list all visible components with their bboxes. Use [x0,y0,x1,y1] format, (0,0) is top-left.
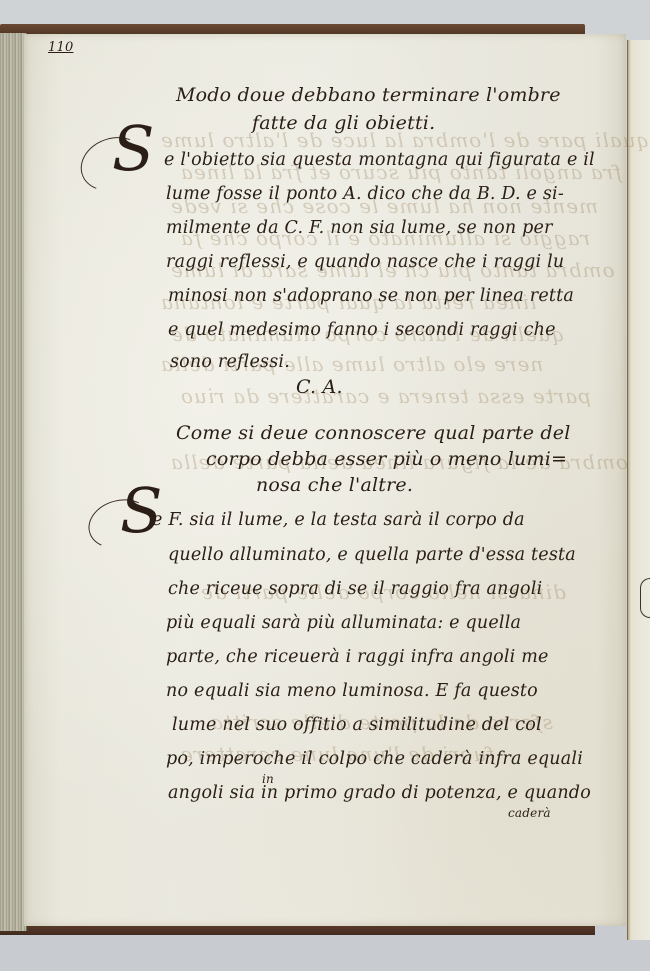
folio-number: 110 [48,40,73,55]
section-2-title-line-2: corpo debba esser più o meno lumi= [206,448,567,470]
section-1-line: e l'obietto sia questa montagna qui figu… [164,150,595,170]
section-1-line: minosi non s'adoprano se non per linea r… [168,286,574,306]
catchword: caderà [508,806,551,820]
section-1-line: sono reflessi. [170,352,290,372]
section-2-line: angoli sia in primo grado di potenza, e … [168,783,591,803]
section-2-line: parte, che riceuerà i raggi infra angoli… [166,647,549,667]
section-1-dropcap: S [112,118,154,180]
section-1-title-line-2: fatte da gli obietti. [252,112,435,134]
section-1-line: lume fosse il ponto A. dico che da B. D.… [166,184,564,204]
section-2-line: lume nel suo offitio a similitudine del … [172,715,542,735]
book-cover-bottom-edge [0,925,595,935]
section-1-line: raggi reflessi, e quando nasce che i rag… [166,252,564,272]
bleed-through: parte essa tenera e carattere da riuo [180,384,591,408]
section-2-line: più equali sarà più alluminata: e quella [166,613,521,633]
figure-label: C. A. [296,376,343,398]
section-2-line: no equali sia meno luminosa. E fa questo [166,681,538,701]
section-2-line: e F. sia il lume, e la testa sarà il cor… [152,510,525,530]
interlinear-insertion: in [262,772,274,786]
section-2-title-line-1: Come si deue connoscere qual parte del [176,422,570,444]
section-1-line: milmente da C. F. non sia lume, se non p… [166,218,553,238]
section-2-line: quello alluminato, e quella parte d'essa… [168,545,576,565]
section-2-title-line-3: nosa che l'altre. [256,474,413,496]
next-leaf-ink-mark [640,578,650,618]
section-1-line: e quel medesimo fanno i secondi raggi ch… [168,320,556,340]
section-2-line: po, imperoche il colpo che caderà infra … [166,749,583,769]
next-leaf-edge [627,40,650,940]
section-2-line: che riceue sopra di se il raggio fra ang… [168,579,542,599]
section-1-title-line-1: Modo doue debbano terminare l'ombre [176,84,561,106]
page-stack-binding [0,33,27,931]
